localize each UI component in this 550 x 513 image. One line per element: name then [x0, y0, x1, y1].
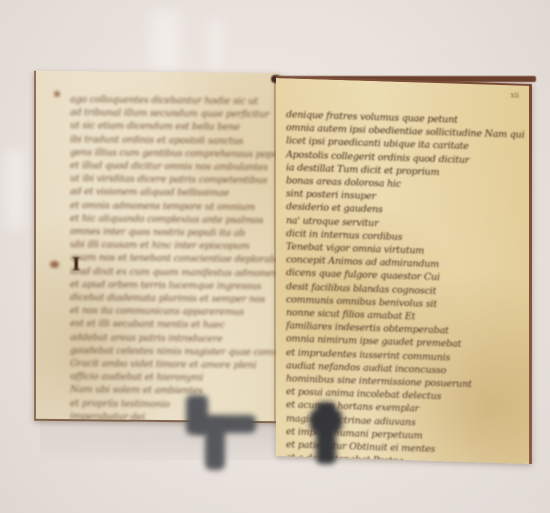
stand-left-post [205, 420, 225, 470]
stand-right-arm [310, 410, 342, 432]
book-stand [0, 0, 550, 513]
photo-scene: I ago colloquentes dicebantur hodie sic … [0, 0, 550, 513]
